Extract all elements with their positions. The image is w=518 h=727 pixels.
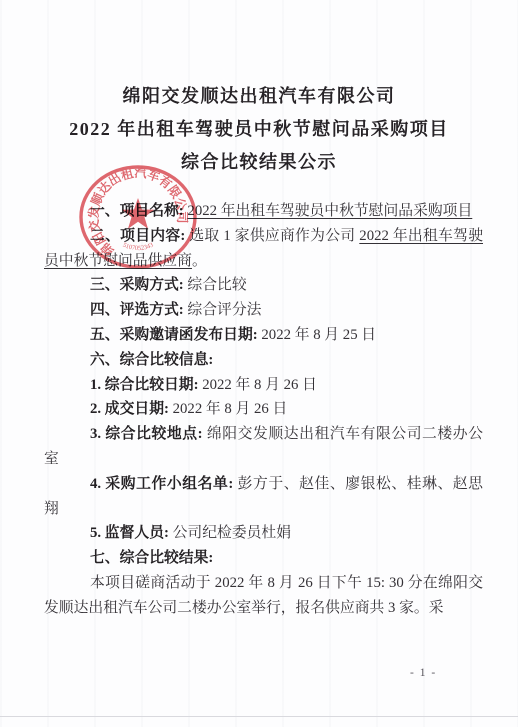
item-label: 四、评选方式: <box>90 302 187 318</box>
item-5-invitation-date: 五、采购邀请函发布日期: 2022 年 8 月 25 日 <box>44 323 483 348</box>
item-value: 2022 年出租车驾驶员中秋节慰问品采购项目 <box>187 203 472 219</box>
item-label: 5. 监督人员: <box>90 525 173 541</box>
item-label: 4. 采购工作小组名单: <box>90 476 238 492</box>
document-body: 一、项目名称: 2022 年出租车驾驶员中秋节慰问品采购项目 二、项目内容: 选… <box>44 199 483 621</box>
page-number: - 1 - <box>410 667 437 679</box>
closing-paragraph: 本项目磋商活动于 2022 年 8 月 26 日下午 15: 30 分在绵阳交发… <box>44 571 483 621</box>
item-suffix: 。 <box>192 253 207 269</box>
item-3-procurement-method: 三、采购方式: 综合比较 <box>44 273 483 298</box>
item-value: 综合比较 <box>187 277 246 293</box>
item-prefix: 选取 1 家供应商作为公司 <box>189 228 359 244</box>
item-4-evaluation-method: 四、评选方式: 综合评分法 <box>44 298 483 323</box>
sub-1-comparison-date: 1. 综合比较日期: 2022 年 8 月 26 日 <box>44 373 483 398</box>
item-label: 七、综合比较结果: <box>90 550 213 566</box>
sub-5-supervisor: 5. 监督人员: 公司纪检委员杜娟 <box>44 521 483 546</box>
item-7-comparison-result: 七、综合比较结果: <box>44 546 483 571</box>
item-label: 五、采购邀请函发布日期: <box>90 327 261 343</box>
sub-3-comparison-location: 3. 综合比较地点: 绵阳交发顺达出租汽车有限公司二楼办公室 <box>44 422 483 472</box>
item-6-comparison-info: 六、综合比较信息: <box>44 348 483 373</box>
item-label: 六、综合比较信息: <box>90 352 213 368</box>
item-value: 2022 年 8 月 26 日 <box>173 401 288 417</box>
item-label: 三、采购方式: <box>90 277 187 293</box>
title-line-project: 2022 年出租车驾驶员中秋节慰问品采购项目 <box>0 113 518 146</box>
document-title: 绵阳交发顺达出租汽车有限公司 2022 年出租车驾驶员中秋节慰问品采购项目 综合… <box>0 80 518 179</box>
sub-2-deal-date: 2. 成交日期: 2022 年 8 月 26 日 <box>44 397 483 422</box>
item-label: 3. 综合比较地点: <box>90 426 207 442</box>
item-label: 1. 综合比较日期: <box>90 377 202 393</box>
item-label: 2. 成交日期: <box>90 401 173 417</box>
item-label: 一、项目名称: <box>90 203 187 219</box>
item-value: 综合评分法 <box>187 302 261 318</box>
title-line-announcement: 综合比较结果公示 <box>0 146 518 179</box>
item-value: 公司纪检委员杜娟 <box>173 525 291 541</box>
scan-edge-line <box>0 716 518 717</box>
item-value: 2022 年 8 月 25 日 <box>261 327 376 343</box>
item-1-project-name: 一、项目名称: 2022 年出租车驾驶员中秋节慰问品采购项目 <box>44 199 483 224</box>
item-value: 2022 年 8 月 26 日 <box>202 377 317 393</box>
scanned-document-page: 绵阳交发顺达出租汽车有限公司 2022 年出租车驾驶员中秋节慰问品采购项目 综合… <box>0 0 518 727</box>
item-2-project-content: 二、项目内容: 选取 1 家供应商作为公司 2022 年出租车驾驶员中秋节慰问品… <box>44 224 483 274</box>
title-line-company: 绵阳交发顺达出租汽车有限公司 <box>0 80 518 113</box>
item-label: 二、项目内容: <box>90 228 189 244</box>
sub-4-working-group: 4. 采购工作小组名单: 彭方于、赵佳、廖银松、桂琳、赵思翔 <box>44 472 483 522</box>
